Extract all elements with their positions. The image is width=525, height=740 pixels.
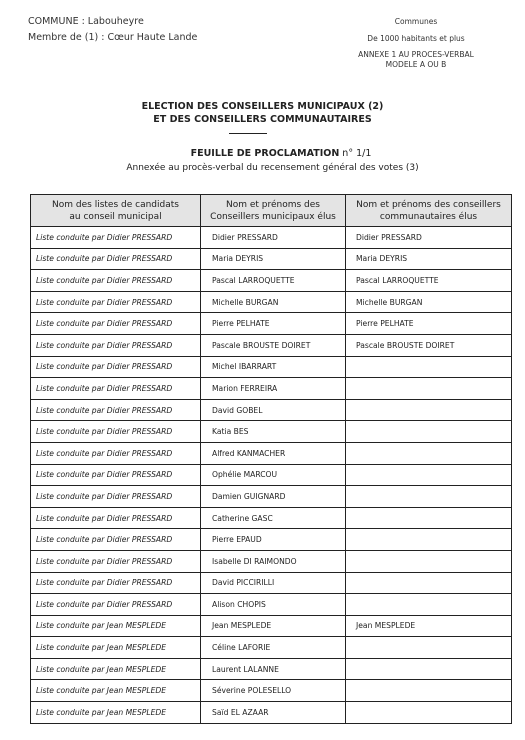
document-category: Communes De 1000 habitants et plus ANNEX… bbox=[330, 17, 502, 70]
commune-info: COMMUNE : Labouheyre Membre de (1) : Cœu… bbox=[28, 14, 197, 46]
community-councillor-cell bbox=[346, 399, 512, 421]
list-name-cell: Liste conduite par Didier PRESSARD bbox=[31, 378, 201, 400]
community-councillor-cell: Michelle BURGAN bbox=[346, 291, 512, 313]
table-row: Liste conduite par Jean MESPLEDESéverine… bbox=[31, 680, 512, 702]
municipal-councillor-cell: Pierre EPAUD bbox=[201, 529, 346, 551]
header-list-name: Nom des listes de candidats au conseil m… bbox=[31, 195, 201, 227]
list-name-cell: Liste conduite par Didier PRESSARD bbox=[31, 334, 201, 356]
annexe-label: ANNEXE 1 AU PROCES-VERBAL MODELE A OU B bbox=[330, 50, 502, 70]
list-name-cell: Liste conduite par Didier PRESSARD bbox=[31, 356, 201, 378]
list-name-cell: Liste conduite par Jean MESPLEDE bbox=[31, 637, 201, 659]
population-label: De 1000 habitants et plus bbox=[330, 34, 502, 44]
table-row: Liste conduite par Didier PRESSARDIsabel… bbox=[31, 550, 512, 572]
table-row: Liste conduite par Jean MESPLEDEJean MES… bbox=[31, 615, 512, 637]
list-name-cell: Liste conduite par Didier PRESSARD bbox=[31, 550, 201, 572]
municipal-councillor-cell: David GOBEL bbox=[201, 399, 346, 421]
municipal-councillor-cell: Didier PRESSARD bbox=[201, 227, 346, 249]
commune-membership: Membre de (1) : Cœur Haute Lande bbox=[28, 30, 197, 46]
community-councillor-cell bbox=[346, 442, 512, 464]
results-table: Nom des listes de candidats au conseil m… bbox=[30, 194, 512, 724]
community-councillor-cell bbox=[346, 486, 512, 508]
community-councillor-cell: Didier PRESSARD bbox=[346, 227, 512, 249]
municipal-councillor-cell: Michel IBARRART bbox=[201, 356, 346, 378]
annexe-line-2: MODELE A OU B bbox=[330, 60, 502, 70]
list-name-cell: Liste conduite par Didier PRESSARD bbox=[31, 313, 201, 335]
list-name-cell: Liste conduite par Jean MESPLEDE bbox=[31, 680, 201, 702]
community-councillor-cell bbox=[346, 464, 512, 486]
sheet-number: n° 1/1 bbox=[342, 148, 371, 159]
list-name-cell: Liste conduite par Didier PRESSARD bbox=[31, 529, 201, 551]
header-community-councillors: Nom et prénoms des conseillers communaut… bbox=[346, 195, 512, 227]
table-row: Liste conduite par Jean MESPLEDESaïd EL … bbox=[31, 702, 512, 724]
table-row: Liste conduite par Didier PRESSARDPascal… bbox=[31, 270, 512, 292]
list-name-cell: Liste conduite par Jean MESPLEDE bbox=[31, 702, 201, 724]
municipal-councillor-cell: Isabelle DI RAIMONDO bbox=[201, 550, 346, 572]
community-councillor-cell: Pierre PELHATE bbox=[346, 313, 512, 335]
list-name-cell: Liste conduite par Jean MESPLEDE bbox=[31, 658, 201, 680]
table-row: Liste conduite par Didier PRESSARDMichel… bbox=[31, 356, 512, 378]
table-row: Liste conduite par Didier PRESSARDPierre… bbox=[31, 313, 512, 335]
community-councillor-cell bbox=[346, 572, 512, 594]
community-councillor-cell bbox=[346, 658, 512, 680]
municipal-councillor-cell: Laurent LALANNE bbox=[201, 658, 346, 680]
municipal-councillor-cell: Catherine GASC bbox=[201, 507, 346, 529]
table-row: Liste conduite par Didier PRESSARDKatia … bbox=[31, 421, 512, 443]
community-councillor-cell: Maria DEYRIS bbox=[346, 248, 512, 270]
list-name-cell: Liste conduite par Didier PRESSARD bbox=[31, 442, 201, 464]
table-row: Liste conduite par Didier PRESSARDPierre… bbox=[31, 529, 512, 551]
table-row: Liste conduite par Didier PRESSARDOphéli… bbox=[31, 464, 512, 486]
table-row: Liste conduite par Didier PRESSARDPascal… bbox=[31, 334, 512, 356]
list-name-cell: Liste conduite par Didier PRESSARD bbox=[31, 572, 201, 594]
municipal-councillor-cell: Séverine POLESELLO bbox=[201, 680, 346, 702]
title-divider bbox=[229, 133, 267, 134]
table-row: Liste conduite par Jean MESPLEDECéline L… bbox=[31, 637, 512, 659]
list-name-cell: Liste conduite par Didier PRESSARD bbox=[31, 594, 201, 616]
proclamation-label: FEUILLE DE PROCLAMATION bbox=[191, 148, 340, 159]
table-row: Liste conduite par Didier PRESSARDMichel… bbox=[31, 291, 512, 313]
community-councillor-cell bbox=[346, 529, 512, 551]
list-name-cell: Liste conduite par Didier PRESSARD bbox=[31, 291, 201, 313]
table-row: Liste conduite par Didier PRESSARDMaria … bbox=[31, 248, 512, 270]
community-councillor-cell bbox=[346, 421, 512, 443]
table-row: Liste conduite par Jean MESPLEDELaurent … bbox=[31, 658, 512, 680]
community-councillor-cell bbox=[346, 507, 512, 529]
community-councillor-cell bbox=[346, 594, 512, 616]
municipal-councillor-cell: Céline LAFORIE bbox=[201, 637, 346, 659]
table-body: Liste conduite par Didier PRESSARDDidier… bbox=[31, 227, 512, 724]
municipal-councillor-cell: Saïd EL AZAAR bbox=[201, 702, 346, 724]
community-councillor-cell: Jean MESPLEDE bbox=[346, 615, 512, 637]
municipal-councillor-cell: Pascal LARROQUETTE bbox=[201, 270, 346, 292]
municipal-councillor-cell: Marion FERREIRA bbox=[201, 378, 346, 400]
proclamation-sheet-heading: FEUILLE DE PROCLAMATION n° 1/1 bbox=[0, 148, 525, 159]
table-row: Liste conduite par Didier PRESSARDAlison… bbox=[31, 594, 512, 616]
list-name-cell: Liste conduite par Didier PRESSARD bbox=[31, 464, 201, 486]
community-councillor-cell bbox=[346, 550, 512, 572]
municipal-councillor-cell: Jean MESPLEDE bbox=[201, 615, 346, 637]
table-row: Liste conduite par Didier PRESSARDDamien… bbox=[31, 486, 512, 508]
municipal-councillor-cell: Alfred KANMACHER bbox=[201, 442, 346, 464]
annexe-line-1: ANNEXE 1 AU PROCES-VERBAL bbox=[330, 50, 502, 60]
document-title: ELECTION DES CONSEILLERS MUNICIPAUX (2) … bbox=[0, 100, 525, 126]
municipal-councillor-cell: David PICCIRILLI bbox=[201, 572, 346, 594]
table-row: Liste conduite par Didier PRESSARDDidier… bbox=[31, 227, 512, 249]
list-name-cell: Liste conduite par Didier PRESSARD bbox=[31, 248, 201, 270]
table-header-row: Nom des listes de candidats au conseil m… bbox=[31, 195, 512, 227]
municipal-councillor-cell: Michelle BURGAN bbox=[201, 291, 346, 313]
list-name-cell: Liste conduite par Didier PRESSARD bbox=[31, 270, 201, 292]
annexee-subtitle: Annexée au procès-verbal du recensement … bbox=[0, 163, 525, 173]
list-name-cell: Liste conduite par Didier PRESSARD bbox=[31, 399, 201, 421]
table-row: Liste conduite par Didier PRESSARDDavid … bbox=[31, 399, 512, 421]
table-row: Liste conduite par Didier PRESSARDAlfred… bbox=[31, 442, 512, 464]
community-councillor-cell: Pascal LARROQUETTE bbox=[346, 270, 512, 292]
municipal-councillor-cell: Alison CHOPIS bbox=[201, 594, 346, 616]
table-row: Liste conduite par Didier PRESSARDMarion… bbox=[31, 378, 512, 400]
header-municipal-councillors: Nom et prénoms des Conseillers municipau… bbox=[201, 195, 346, 227]
commune-name: COMMUNE : Labouheyre bbox=[28, 14, 197, 30]
municipal-councillor-cell: Katia BES bbox=[201, 421, 346, 443]
municipal-councillor-cell: Pascale BROUSTE DOIRET bbox=[201, 334, 346, 356]
title-line-2: ET DES CONSEILLERS COMMUNAUTAIRES bbox=[0, 113, 525, 126]
community-councillor-cell bbox=[346, 378, 512, 400]
list-name-cell: Liste conduite par Didier PRESSARD bbox=[31, 421, 201, 443]
list-name-cell: Liste conduite par Didier PRESSARD bbox=[31, 227, 201, 249]
community-councillor-cell bbox=[346, 637, 512, 659]
list-name-cell: Liste conduite par Jean MESPLEDE bbox=[31, 615, 201, 637]
municipal-councillor-cell: Damien GUIGNARD bbox=[201, 486, 346, 508]
list-name-cell: Liste conduite par Didier PRESSARD bbox=[31, 507, 201, 529]
list-name-cell: Liste conduite par Didier PRESSARD bbox=[31, 486, 201, 508]
table-row: Liste conduite par Didier PRESSARDCather… bbox=[31, 507, 512, 529]
municipal-councillor-cell: Ophélie MARCOU bbox=[201, 464, 346, 486]
title-line-1: ELECTION DES CONSEILLERS MUNICIPAUX (2) bbox=[0, 100, 525, 113]
municipal-councillor-cell: Maria DEYRIS bbox=[201, 248, 346, 270]
community-councillor-cell bbox=[346, 356, 512, 378]
community-councillor-cell bbox=[346, 702, 512, 724]
municipal-councillor-cell: Pierre PELHATE bbox=[201, 313, 346, 335]
community-councillor-cell: Pascale BROUSTE DOIRET bbox=[346, 334, 512, 356]
table-row: Liste conduite par Didier PRESSARDDavid … bbox=[31, 572, 512, 594]
community-councillor-cell bbox=[346, 680, 512, 702]
communes-label: Communes bbox=[330, 17, 502, 27]
